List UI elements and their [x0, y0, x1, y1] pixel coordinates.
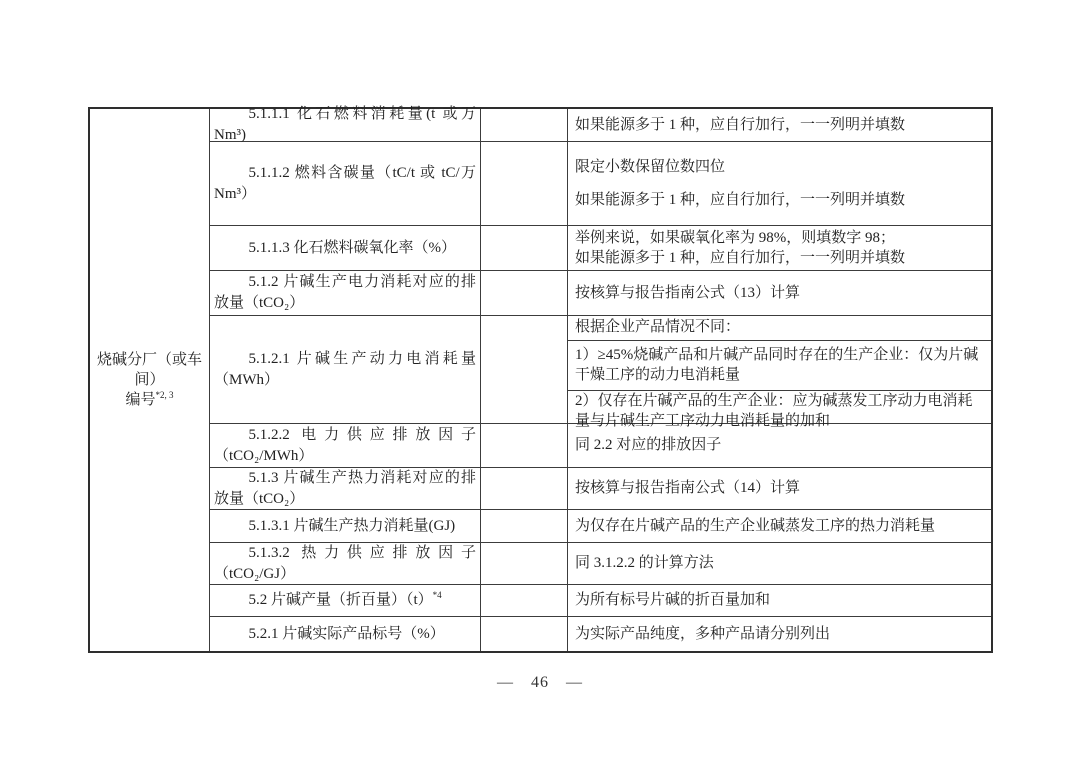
- document-page: 烧碱分厂（或车间） 编号*2, 3 5.1.1.1 化石燃料消耗量(t 或万 N…: [0, 0, 1080, 763]
- notes-cell: 为仅存在片碱产品的生产企业碱蒸发工序的热力消耗量: [568, 510, 991, 542]
- item-label: 5.2.1 片碱实际产品标号（%）: [214, 624, 476, 645]
- notes-cell: 如果能源多于 1 种，应自行加行，一一列明并填数: [568, 109, 991, 141]
- notes-cell: 根据企业产品情况不同： 1）≥45%烧碱产品和片碱产品同时存在的生产企业：仅为片…: [568, 316, 991, 423]
- item-label-cell: 5.1.2 片碱生产电力消耗对应的排放量（tCO₂）: [210, 271, 481, 315]
- notes-cell: 为实际产品纯度，多种产品请分别列出: [568, 617, 991, 651]
- item-label-cell: 5.1.3 片碱生产热力消耗对应的排放量（tCO₂）: [210, 468, 481, 509]
- note-text: 按核算与报告指南公式（14）计算: [575, 478, 984, 498]
- value-fill-in-cell: [481, 468, 568, 509]
- item-label: 5.1.1.2 燃料含碳量（tC/t 或 tC/万 Nm³）: [214, 163, 476, 205]
- item-label-cell: 5.2 片碱产量（折百量）（t）*4: [210, 585, 481, 616]
- item-label-cell: 5.1.3.1 片碱生产热力消耗量(GJ): [210, 510, 481, 542]
- page-number: — 46 —: [0, 669, 1080, 692]
- value-fill-in-cell: [481, 510, 568, 542]
- row-group-header-line2: 编号*2, 3: [125, 390, 173, 410]
- note-text: 1）≥45%烧碱产品和片碱产品同时存在的生产企业：仅为片碱干燥工序的动力电消耗量: [568, 341, 991, 391]
- value-fill-in-cell: [481, 142, 568, 225]
- notes-cell: 同 2.2 对应的排放因子: [568, 424, 991, 467]
- item-label: 5.2 片碱产量（折百量）（t）*4: [214, 590, 476, 611]
- item-label: 5.1.3 片碱生产热力消耗对应的排放量（tCO₂）: [214, 468, 476, 510]
- table-row: 5.1.1.3 化石燃料碳氧化率（%） 举例来说，如果碳氧化率为 98%，则填数…: [210, 226, 991, 271]
- item-label: 5.1.1.3 化石燃料碳氧化率（%）: [214, 238, 476, 259]
- notes-cell: 为所有标号片碱的折百量加和: [568, 585, 991, 616]
- note-text: 如果能源多于 1 种，应自行加行，一一列明并填数: [575, 115, 984, 135]
- item-label: 5.1.2.2 电力供应排放因子（tCO₂/MWh）: [214, 425, 476, 467]
- table-row: 5.1.2.1 片碱生产动力电消耗量（MWh） 根据企业产品情况不同： 1）≥4…: [210, 316, 991, 424]
- table-row: 5.2.1 片碱实际产品标号（%） 为实际产品纯度，多种产品请分别列出: [210, 617, 991, 651]
- value-fill-in-cell: [481, 271, 568, 315]
- item-label: 5.1.1.1 化石燃料消耗量(t 或万 Nm³): [214, 104, 476, 146]
- row-group-header-cell: 烧碱分厂（或车间） 编号*2, 3: [90, 109, 210, 651]
- value-fill-in-cell: [481, 109, 568, 141]
- item-label: 5.1.3.1 片碱生产热力消耗量(GJ): [214, 516, 476, 537]
- item-label: 5.1.3.2 热力供应排放因子（tCO₂/GJ）: [214, 543, 476, 585]
- item-label-cell: 5.1.2.1 片碱生产动力电消耗量（MWh）: [210, 316, 481, 423]
- note-text: 为所有标号片碱的折百量加和: [575, 590, 984, 610]
- item-label-cell: 5.1.1.3 化石燃料碳氧化率（%）: [210, 226, 481, 270]
- footnote-marker: *2, 3: [156, 390, 174, 400]
- note-text: 如果能源多于 1 种，应自行加行，一一列明并填数: [575, 248, 984, 268]
- value-fill-in-cell: [481, 617, 568, 651]
- footnote-marker: *4: [433, 590, 442, 600]
- table-row: 5.1.1.2 燃料含碳量（tC/t 或 tC/万 Nm³） 限定小数保留位数四…: [210, 142, 991, 226]
- item-label: 5.1.2 片碱生产电力消耗对应的排放量（tCO₂）: [214, 272, 476, 314]
- item-label-cell: 5.2.1 片碱实际产品标号（%）: [210, 617, 481, 651]
- note-text: 为实际产品纯度，多种产品请分别列出: [575, 624, 984, 644]
- table-row: 5.1.2 片碱生产电力消耗对应的排放量（tCO₂） 按核算与报告指南公式（13…: [210, 271, 991, 316]
- table-row: 5.1.3.2 热力供应排放因子（tCO₂/GJ） 同 3.1.2.2 的计算方…: [210, 543, 991, 585]
- value-fill-in-cell: [481, 424, 568, 467]
- table-row: 5.2 片碱产量（折百量）（t）*4 为所有标号片碱的折百量加和: [210, 585, 991, 617]
- value-fill-in-cell: [481, 316, 568, 423]
- value-fill-in-cell: [481, 585, 568, 616]
- table-rows: 5.1.1.1 化石燃料消耗量(t 或万 Nm³) 如果能源多于 1 种，应自行…: [210, 109, 991, 651]
- emissions-report-table: 烧碱分厂（或车间） 编号*2, 3 5.1.1.1 化石燃料消耗量(t 或万 N…: [88, 107, 993, 653]
- item-label-cell: 5.1.1.1 化石燃料消耗量(t 或万 Nm³): [210, 109, 481, 141]
- notes-cell: 按核算与报告指南公式（14）计算: [568, 468, 991, 509]
- note-text: 为仅存在片碱产品的生产企业碱蒸发工序的热力消耗量: [575, 516, 984, 536]
- note-text: 同 3.1.2.2 的计算方法: [575, 553, 984, 573]
- table-row: 5.1.3.1 片碱生产热力消耗量(GJ) 为仅存在片碱产品的生产企业碱蒸发工序…: [210, 510, 991, 543]
- note-text: 举例来说，如果碳氧化率为 98%，则填数字 98；: [575, 228, 984, 248]
- value-fill-in-cell: [481, 543, 568, 584]
- notes-cell: 举例来说，如果碳氧化率为 98%，则填数字 98； 如果能源多于 1 种，应自行…: [568, 226, 991, 270]
- table-row: 5.1.2.2 电力供应排放因子（tCO₂/MWh） 同 2.2 对应的排放因子: [210, 424, 991, 468]
- note-text: 按核算与报告指南公式（13）计算: [575, 283, 984, 303]
- table-row: 5.1.1.1 化石燃料消耗量(t 或万 Nm³) 如果能源多于 1 种，应自行…: [210, 109, 991, 142]
- notes-cell: 按核算与报告指南公式（13）计算: [568, 271, 991, 315]
- note-text: 根据企业产品情况不同：: [568, 316, 991, 341]
- note-text: 同 2.2 对应的排放因子: [575, 435, 984, 455]
- row-group-header-line1: 烧碱分厂（或车间）: [91, 350, 208, 391]
- item-label-cell: 5.1.3.2 热力供应排放因子（tCO₂/GJ）: [210, 543, 481, 584]
- note-text: 如果能源多于 1 种，应自行加行，一一列明并填数: [575, 190, 984, 210]
- notes-cell: 限定小数保留位数四位 如果能源多于 1 种，应自行加行，一一列明并填数: [568, 142, 991, 225]
- table-row: 5.1.3 片碱生产热力消耗对应的排放量（tCO₂） 按核算与报告指南公式（14…: [210, 468, 991, 510]
- item-label-cell: 5.1.2.2 电力供应排放因子（tCO₂/MWh）: [210, 424, 481, 467]
- note-text: 限定小数保留位数四位: [575, 157, 984, 177]
- item-label-cell: 5.1.1.2 燃料含碳量（tC/t 或 tC/万 Nm³）: [210, 142, 481, 225]
- value-fill-in-cell: [481, 226, 568, 270]
- notes-cell: 同 3.1.2.2 的计算方法: [568, 543, 991, 584]
- item-label: 5.1.2.1 片碱生产动力电消耗量（MWh）: [214, 349, 476, 391]
